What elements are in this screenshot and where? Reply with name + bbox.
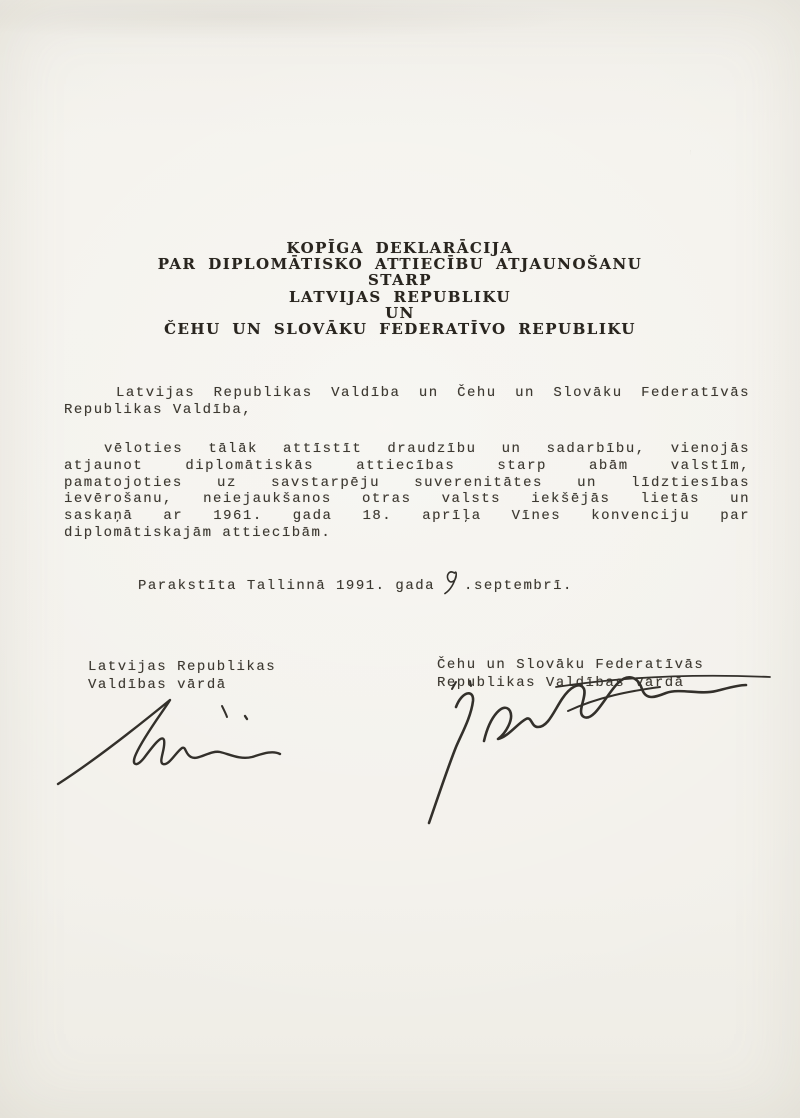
handwritten-day-icon (441, 567, 459, 602)
text-line: Republikas Valdība, (64, 402, 750, 419)
main-paragraph: vēloties tālāk attīstīt draudzību un sad… (64, 441, 750, 542)
signature-left-ink (52, 690, 292, 790)
date-prefix: Parakstīta Tallinnā 1991. gada (138, 578, 435, 594)
title-line: KOPĪGA DEKLARĀCIJA (0, 240, 800, 256)
text-line: Latvijas Republikas Valdība un Čehu un S… (64, 385, 750, 402)
signature-block-right: Čehu un Slovāku Federatīvās Republikas V… (437, 656, 704, 692)
title-line: ČEHU UN SLOVĀKU FEDERATĪVO REPUBLIKU (0, 321, 800, 337)
date-suffix: .septembrī. (464, 578, 573, 594)
title-line: PAR DIPLOMĀTISKO ATTIECĪBU ATJAUNOŠANU (0, 256, 800, 272)
document-title: KOPĪGA DEKLARĀCIJA PAR DIPLOMĀTISKO ATTI… (0, 240, 800, 337)
title-line: STARP (0, 272, 800, 288)
title-line: UN (0, 305, 800, 321)
text-line: diplomātiskajām attiecībām. (64, 525, 750, 542)
text-line: saskaņā ar 1961. gada 18. aprīļa Vīnes k… (64, 508, 750, 525)
text-line: Valdības vārdā (88, 676, 276, 694)
text-line: Čehu un Slovāku Federatīvās (437, 656, 704, 674)
title-line: LATVIJAS REPUBLIKU (0, 289, 800, 305)
text-line: pamatojoties uz savstarpēju suverenitāte… (64, 475, 750, 492)
text-line: ievērošanu, neiejaukšanos otras valsts i… (64, 491, 750, 508)
signing-date-line: Parakstīta Tallinnā 1991. gada .septembr… (138, 568, 573, 602)
text-line: Republikas Valdības vārdā (437, 674, 704, 692)
text-line: Latvijas Republikas (88, 658, 276, 676)
text-line: vēloties tālāk attīstīt draudzību un sad… (64, 441, 750, 458)
opening-paragraph: Latvijas Republikas Valdība un Čehu un S… (64, 385, 750, 419)
document-page: KOPĪGA DEKLARĀCIJA PAR DIPLOMĀTISKO ATTI… (0, 0, 800, 1118)
text-line: atjaunot diplomātiskās attiecības starp … (64, 458, 750, 475)
signature-block-left: Latvijas Republikas Valdības vārdā (88, 658, 276, 694)
